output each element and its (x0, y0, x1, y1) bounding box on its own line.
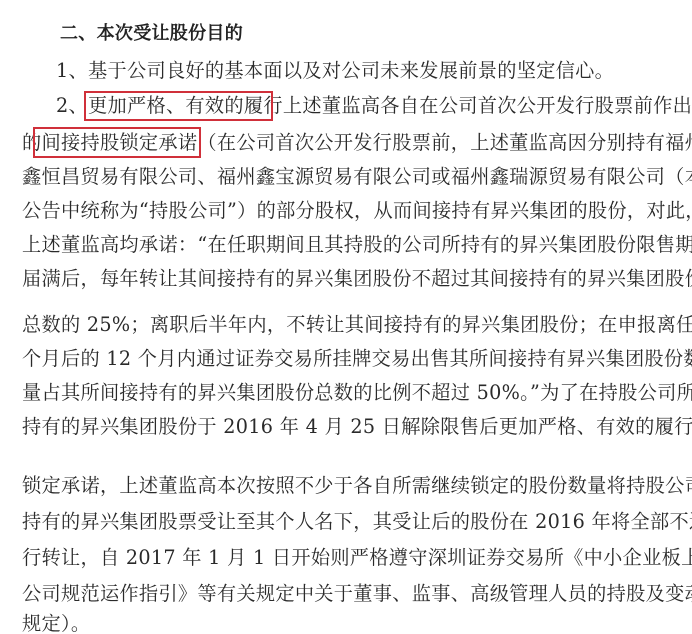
paragraph-line: 总数的 25%；离职后半年内，不转让其间接持有的昇兴集团股份；在申报离任 6 (22, 313, 692, 337)
highlight-box-lockup-commitment (33, 127, 201, 158)
highlight-box-strict-performance (84, 91, 273, 121)
paragraph-line: 公司规范运作指引》等有关规定中关于董事、监事、高级管理人员的持股及变动 (22, 582, 692, 606)
paragraph-line: 持有的昇兴集团股票受让至其个人名下，其受让后的股份在 2016 年将全部不进 (22, 510, 692, 534)
paragraph-line: 个月后的 12 个月内通过证券交易所挂牌交易出售其所间接持有昇兴集团股份数 (22, 347, 692, 371)
paragraph-line: 届满后，每年转让其间接持有的昇兴集团股份不超过其间接持有的昇兴集团股份 (22, 267, 692, 291)
paragraph-line: 锁定承诺，上述董监高本次按照不少于各自所需继续锁定的股份数量将持股公司 (22, 474, 692, 498)
paragraph-line: 规定）。 (22, 612, 90, 634)
paragraph-line: 公告中统称为“持股公司”）的部分股权，从而间接持有昇兴集团的股份，对此， (22, 199, 692, 223)
paragraph-line: 上述董监高均承诺：“在任职期间且其持股的公司所持有的昇兴集团股份限售期 (22, 233, 692, 257)
paragraph-line: 鑫恒昌贸易有限公司、福州鑫宝源贸易有限公司或福州鑫瑞源贸易有限公司（本 (22, 165, 692, 189)
paragraph-line: 持有的昇兴集团股份于 2016 年 4 月 25 日解除限售后更加严格、有效的履… (22, 415, 692, 439)
paragraph-line: 量占其所间接持有的昇兴集团股份总数的比例不超过 50%。”为了在持股公司所 (22, 381, 692, 405)
paragraph-line: 行转让，自 2017 年 1 月 1 日开始则严格遵守深圳证券交易所《中小企业板… (22, 546, 692, 570)
section-heading: 二、本次受让股份目的 (60, 22, 243, 46)
paragraph-item-1: 1、基于公司良好的基本面以及对公司未来发展前景的坚定信心。 (56, 59, 614, 83)
